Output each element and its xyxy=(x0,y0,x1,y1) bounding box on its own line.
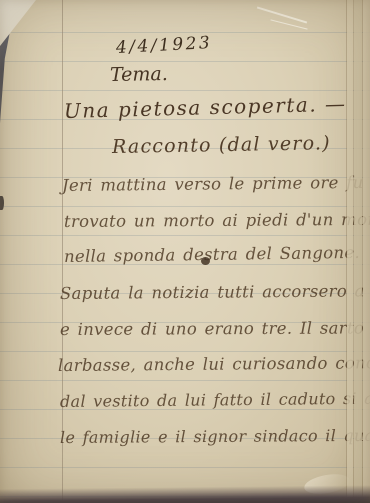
essay-subtitle: Racconto (dal vero.) xyxy=(112,132,331,158)
handwritten-line: e invece di uno erano tre. Il sarto di O… xyxy=(60,318,370,339)
handwritten-line: trovato un morto ai piedi d'un monte xyxy=(64,210,370,231)
handwritten-line: Jeri mattina verso le prime ore fu xyxy=(62,173,364,195)
handwritten-line: Saputa la notizia tutti accorsero a vede… xyxy=(60,281,370,303)
edge-speck xyxy=(0,196,4,210)
notebook-photo: 4/4/1923 Tema. Una pietosa scoperta. — R… xyxy=(0,0,370,503)
bottom-edge-shadow xyxy=(0,485,370,503)
right-page-edges xyxy=(346,0,370,503)
heading-tema: Tema. xyxy=(110,63,168,86)
handwritten-line: dal vestito da lui fatto il caduto si av… xyxy=(60,388,370,411)
handwritten-line: larbasse, anche lui curiosando conobbe xyxy=(58,353,370,375)
handwritten-line: le famiglie e il signor sindaco il quale… xyxy=(60,425,370,447)
ink-blot xyxy=(201,257,210,265)
